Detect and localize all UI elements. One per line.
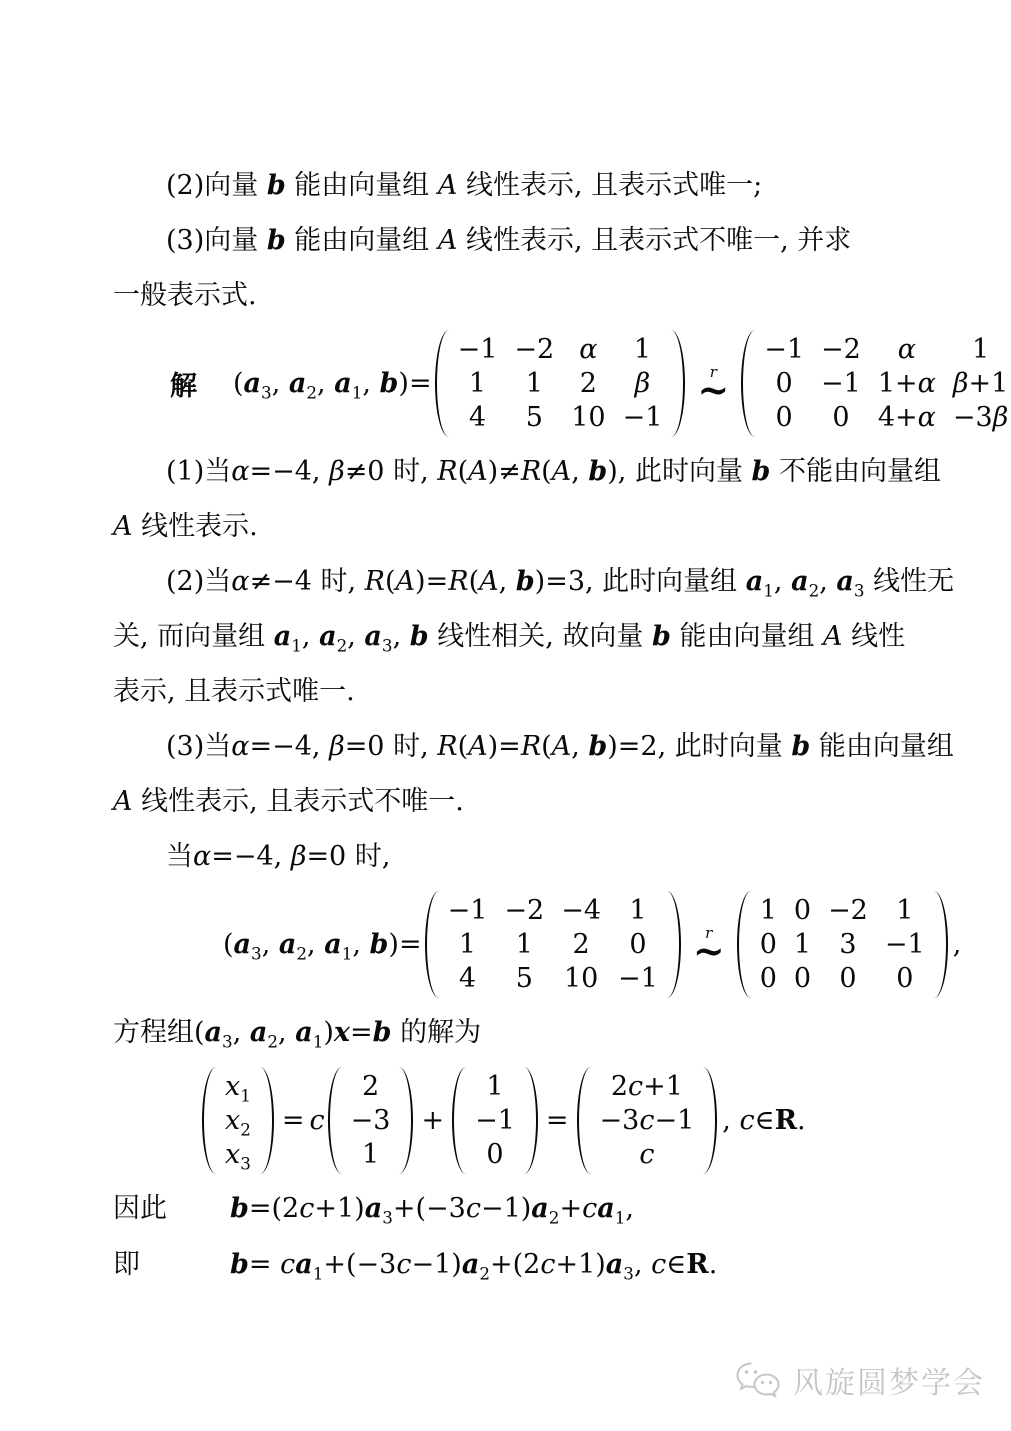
text-run: a: [205, 1017, 223, 1048]
matrix-cell: 1: [526, 367, 543, 400]
paragraph-case1-analysis: (1)当α=−4, β≠0 时, R(A)≠R(A, b), 此时向量 b 不能…: [113, 444, 913, 499]
text-run: A: [479, 566, 499, 597]
text-run: A: [438, 170, 458, 201]
matrix-cell: 5: [526, 401, 543, 434]
matrix-cell: 1: [794, 928, 811, 961]
text-run: A: [552, 731, 572, 762]
text-run: R: [437, 456, 457, 487]
matrix-cell: 2: [362, 1070, 379, 1103]
text-run: ,: [774, 566, 791, 597]
text-run: ,: [625, 1193, 634, 1224]
matrix-cell: 10: [571, 401, 605, 434]
text-run: 线性无: [865, 566, 955, 597]
text-run: ,: [233, 1017, 250, 1048]
text-run: b: [230, 1249, 249, 1280]
document-content: (2)向量 b 能由向量组 A 线性表示, 且表示式唯一; (3)向量 b 能由…: [113, 158, 913, 1293]
text-run: ,: [352, 929, 369, 960]
matrix-cell: −1: [821, 367, 861, 400]
text-run: ,: [499, 566, 516, 597]
matrix-cell: 1: [362, 1138, 379, 1171]
text-run: ,: [634, 1249, 651, 1280]
text-run: )=: [488, 731, 521, 762]
text-run: α: [231, 731, 249, 762]
text-run: a: [597, 1193, 615, 1224]
text-run: b: [373, 1017, 392, 1048]
matrix-cell: 0: [896, 962, 913, 995]
matrix-cell: 0: [760, 928, 777, 961]
paragraph-case1-analysis-cont: A 线性表示.: [113, 499, 913, 554]
matrix-reduced-2: 10−21013−10000: [737, 891, 948, 998]
text-run: (: [223, 929, 234, 960]
text-run: ,: [819, 566, 836, 597]
text-run: ,: [262, 929, 279, 960]
text-run: 1: [313, 1031, 324, 1051]
left-paren: [328, 1067, 342, 1174]
text-run: c: [540, 1249, 555, 1280]
paragraph-case3-analysis: (3)当α=−4, β=0 时, R(A)=R(A, b)=2, 此时向量 b …: [113, 719, 913, 774]
text-run: b: [230, 1193, 249, 1224]
text-run: ), 此时向量: [607, 456, 751, 487]
text-run: ,: [722, 1105, 739, 1136]
text-run: A: [468, 456, 488, 487]
matrix-cell: 1: [634, 333, 651, 366]
right-paren: [260, 1067, 274, 1174]
text-run: 2: [296, 943, 307, 963]
equation-lhs: (a3, a2, a1, b)=: [223, 929, 422, 960]
plus-sign: +: [421, 1105, 444, 1136]
left-paren: [741, 330, 755, 437]
text-run: )=: [398, 368, 431, 399]
text-run: 3: [261, 382, 272, 402]
text-run: 3: [382, 1207, 393, 1227]
text-run: )=: [388, 929, 421, 960]
text-run: b: [588, 731, 607, 762]
matrix-cell: 2: [580, 367, 597, 400]
text-run: 表示, 且表示式唯一.: [113, 676, 355, 707]
left-paren: [577, 1067, 591, 1174]
row-equivalence-symbol: r~: [693, 927, 725, 962]
text-run: ,: [272, 368, 289, 399]
text-run: 1: [291, 635, 302, 655]
text-run: A: [468, 731, 488, 762]
paragraph-substitution-condition: 当α=−4, β=0 时,: [113, 829, 913, 884]
text-run: +1): [555, 1249, 605, 1280]
text-run: a: [462, 1249, 480, 1280]
text-run: 线性表示, 且表示式不唯一.: [133, 786, 464, 817]
matrix-cell: −3c−1: [600, 1104, 695, 1137]
text-run: ,: [393, 621, 410, 652]
matrix-cell: −1: [623, 401, 663, 434]
text-run: a: [606, 1249, 624, 1280]
text-run: c: [466, 1193, 481, 1224]
matrix-cell: x2: [225, 1104, 251, 1137]
text-run: 一般表示式.: [113, 280, 257, 311]
paragraph-case3-analysis-cont: A 线性表示, 且表示式不唯一.: [113, 774, 913, 829]
left-paren: [202, 1067, 216, 1174]
text-run: 1: [313, 1263, 324, 1283]
text-run: β: [329, 731, 345, 762]
matrix-cell: −1: [448, 894, 488, 927]
matrix-cell: 0: [776, 401, 793, 434]
text-run: a: [319, 621, 337, 652]
text-run: b: [516, 566, 535, 597]
free-parameter-c: c: [310, 1105, 325, 1136]
text-run: (: [385, 566, 396, 597]
text-run: a: [250, 1017, 268, 1048]
text-run: 2: [306, 382, 317, 402]
matrix-cell: −1: [618, 962, 658, 995]
text-run: b: [410, 621, 429, 652]
paragraph-case3-intro: (3)向量 b 能由向量组 A 线性表示, 且表示式不唯一, 并求: [113, 213, 913, 268]
text-run: b: [267, 225, 286, 256]
row-equivalence-symbol: r~: [697, 366, 729, 401]
text-run: ,: [278, 1017, 295, 1048]
matrix-original-1: −1−2α1112β4510−1: [435, 330, 686, 437]
text-run: 线性表示, 且表示式不唯一, 并求: [457, 225, 851, 256]
text-run: b: [370, 929, 389, 960]
matrix-cell: −3: [351, 1104, 391, 1137]
matrix-cell: 1: [469, 367, 486, 400]
text-run: 3: [623, 1263, 634, 1283]
paragraph-case2-analysis: (2)当α≠−4 时, R(A)=R(A, b)=3, 此时向量组 a1, a2…: [113, 554, 913, 609]
text-run: c: [280, 1249, 295, 1280]
restatement-label: 即: [113, 1237, 230, 1293]
text-run: =: [249, 1249, 280, 1280]
text-run: ,: [362, 368, 379, 399]
text-run: ): [323, 1017, 334, 1048]
text-run: 不能由向量组: [770, 456, 941, 487]
text-run: b: [791, 731, 810, 762]
text-run: A: [552, 456, 572, 487]
text-run: β: [291, 841, 307, 872]
paragraph-case2-analysis-cont2: 表示, 且表示式唯一.: [113, 664, 913, 719]
text-run: +1): [314, 1193, 364, 1224]
matrix-cell: −2: [828, 894, 868, 927]
text-run: .: [797, 1105, 806, 1136]
matrix-cell: 1: [896, 894, 913, 927]
text-run: .: [709, 1249, 718, 1280]
conclusion-formula: b=(2c+1)a3+(−3c−1)a2+ca1,: [230, 1181, 634, 1237]
text-run: c: [396, 1249, 411, 1280]
text-run: (: [541, 731, 552, 762]
matrix-cell: β+1: [953, 367, 1008, 400]
text-run: A: [396, 566, 416, 597]
text-run: R: [686, 1249, 708, 1280]
matrix-cell: 0: [760, 962, 777, 995]
text-run: (3)向量: [166, 225, 267, 256]
text-run: )≠: [488, 456, 521, 487]
text-run: 2: [809, 580, 820, 600]
vector-basis: 2−31: [328, 1067, 414, 1174]
text-run: c: [299, 1193, 314, 1224]
watermark: 风旋圆梦学会: [735, 1358, 985, 1402]
matrix-cell: −2: [504, 894, 544, 927]
left-paren: [425, 891, 439, 998]
text-run: ,: [317, 368, 334, 399]
matrix-cell: 2: [573, 928, 590, 961]
right-paren: [399, 1067, 413, 1174]
restatement: 即 b= ca1+(−3c−1)a2+(2c+1)a3, c∈R.: [113, 1237, 913, 1293]
vector-particular: 1−10: [452, 1067, 538, 1174]
text-run: =0 时,: [306, 841, 390, 872]
document-page: (2)向量 b 能由向量组 A 线性表示, 且表示式唯一; (3)向量 b 能由…: [0, 0, 1011, 1431]
text-run: a: [295, 1249, 313, 1280]
text-run: ,: [307, 929, 324, 960]
text-run: +(2: [490, 1249, 540, 1280]
matrix-cell: −1: [475, 1104, 515, 1137]
text-run: 1: [763, 580, 774, 600]
text-run: 方程组(: [113, 1017, 205, 1048]
text-run: a: [295, 1017, 313, 1048]
text-run: ∈: [666, 1249, 686, 1280]
solution-label: 解: [170, 364, 197, 403]
text-run: 的解为: [392, 1017, 482, 1048]
text-run: 2: [479, 1263, 490, 1283]
text-run: a: [836, 566, 854, 597]
text-run: 能由向量组: [810, 731, 954, 762]
text-run: 当: [166, 841, 193, 872]
text-run: =−4,: [211, 841, 291, 872]
text-run: b: [752, 456, 771, 487]
text-run: R: [365, 566, 385, 597]
text-run: =0 时,: [345, 731, 438, 762]
equation-punctuation: ,: [953, 929, 962, 960]
text-run: a: [364, 621, 382, 652]
paragraph-system-solution-intro: 方程组(a3, a2, a1)x=b 的解为: [113, 1005, 913, 1060]
text-run: a: [746, 566, 764, 597]
text-run: R: [448, 566, 468, 597]
text-run: 关, 而向量组: [113, 621, 274, 652]
matrix-reduced-1: −1−2α10−11+αβ+1004+α−3β: [741, 330, 1011, 437]
matrix-cell: 1+α: [878, 367, 936, 400]
text-run: )=: [415, 566, 448, 597]
text-run: 线性表示.: [133, 511, 258, 542]
text-run: 线性: [843, 621, 906, 652]
equation-row-reduction-2: (a3, a2, a1, b)= −1−2−4111204510−1 r~ 10…: [113, 891, 913, 998]
text-run: ≠−4 时,: [249, 566, 364, 597]
left-paren: [737, 891, 751, 998]
text-run: R: [437, 731, 457, 762]
matrix-original-2: −1−2−4111204510−1: [425, 891, 681, 998]
text-run: (1)当: [166, 456, 231, 487]
matrix-cell: 0: [832, 401, 849, 434]
matrix-cell: α: [579, 333, 597, 366]
conclusion-statement: 因此 b=(2c+1)a3+(−3c−1)a2+ca1,: [113, 1181, 913, 1237]
text-run: −1): [481, 1193, 531, 1224]
matrix-cell: 1: [629, 894, 646, 927]
text-run: α: [231, 566, 249, 597]
watermark-text: 风旋圆梦学会: [793, 1358, 985, 1402]
matrix-cell: x3: [225, 1138, 251, 1171]
equation-general-solution: x1x2x3 = c 2−31 + 1−10 = 2c+1−3c−1c , c∈…: [113, 1067, 913, 1174]
text-run: 3: [222, 1031, 233, 1051]
left-paren: [435, 330, 449, 437]
equals-sign: =: [546, 1105, 569, 1136]
text-run: =−4,: [249, 731, 329, 762]
vector-x: x1x2x3: [202, 1067, 274, 1174]
matrix-cell: −3β: [953, 401, 1008, 434]
text-run: a: [244, 368, 262, 399]
text-run: 2: [337, 635, 348, 655]
left-paren: [452, 1067, 466, 1174]
text-run: 2: [549, 1207, 560, 1227]
text-run: (: [458, 456, 469, 487]
text-run: b: [652, 621, 671, 652]
text-run: c: [582, 1193, 597, 1224]
text-run: )=3, 此时向量组: [535, 566, 746, 597]
text-run: a: [365, 1193, 383, 1224]
text-run: 3: [854, 580, 865, 600]
text-run: (3)当: [166, 731, 231, 762]
equation-row-reduction-1: 解 (a3, a2, a1, b)= −1−2α1112β4510−1 r~ −…: [113, 330, 913, 437]
matrix-cell: 0: [794, 894, 811, 927]
matrix-cell: 2c+1: [611, 1070, 683, 1103]
matrix-cell: 0: [839, 962, 856, 995]
matrix-cell: 0: [486, 1138, 503, 1171]
text-run: A: [823, 621, 843, 652]
text-run: ,: [302, 621, 319, 652]
matrix-cell: 10: [564, 962, 598, 995]
text-run: α: [193, 841, 211, 872]
text-run: ,: [571, 456, 588, 487]
text-run: )=2, 此时向量: [607, 731, 791, 762]
wechat-icon: [735, 1361, 783, 1399]
matrix-cell: 1: [972, 333, 989, 366]
text-run: β: [329, 456, 345, 487]
text-run: (: [458, 731, 469, 762]
matrix-cell: β: [635, 367, 651, 400]
text-run: 线性表示, 且表示式唯一;: [457, 170, 762, 201]
text-run: (2)当: [166, 566, 231, 597]
matrix-cell: 1: [760, 894, 777, 927]
text-run: c: [651, 1249, 666, 1280]
text-run: b: [380, 368, 399, 399]
text-run: R: [521, 731, 541, 762]
text-run: +: [559, 1193, 582, 1224]
text-run: 能由向量组: [671, 621, 823, 652]
paragraph-case2-analysis-cont1: 关, 而向量组 a1, a2, a3, b 线性相关, 故向量 b 能由向量组 …: [113, 609, 913, 664]
text-run: a: [334, 368, 352, 399]
text-run: b: [267, 170, 286, 201]
conclusion-label: 因此: [113, 1181, 230, 1237]
right-paren: [667, 891, 681, 998]
text-run: 能由向量组: [286, 170, 438, 201]
text-run: =(2: [249, 1193, 299, 1224]
text-run: a: [234, 929, 252, 960]
text-run: α: [231, 456, 249, 487]
text-run: A: [113, 786, 133, 817]
matrix-cell: −2: [514, 333, 554, 366]
text-run: 1: [342, 943, 353, 963]
text-run: (: [541, 456, 552, 487]
matrix-cell: 4: [469, 401, 486, 434]
text-run: (2)向量: [166, 170, 267, 201]
text-run: 2: [267, 1031, 278, 1051]
text-run: ≠0 时,: [345, 456, 438, 487]
matrix-cell: −1: [885, 928, 925, 961]
text-run: 能由向量组: [286, 225, 438, 256]
text-run: R: [775, 1105, 797, 1136]
text-run: +(−3: [323, 1249, 396, 1280]
right-paren: [671, 330, 685, 437]
text-run: x: [334, 1017, 350, 1048]
text-run: a: [791, 566, 809, 597]
text-run: (: [469, 566, 480, 597]
text-run: A: [438, 225, 458, 256]
equation-condition: , c∈R.: [722, 1105, 805, 1136]
matrix-cell: −1: [458, 333, 498, 366]
matrix-cell: 0: [794, 962, 811, 995]
text-run: a: [274, 621, 292, 652]
paragraph-case2-intro: (2)向量 b 能由向量组 A 线性表示, 且表示式唯一;: [113, 158, 913, 213]
text-run: =−4,: [249, 456, 329, 487]
matrix-cell: 4+α: [878, 401, 936, 434]
matrix-cell: −2: [821, 333, 861, 366]
paragraph-case3-intro-cont: 一般表示式.: [113, 268, 913, 323]
matrix-cell: 3: [839, 928, 856, 961]
matrix-cell: c: [639, 1138, 654, 1171]
text-run: 1: [352, 382, 363, 402]
text-run: ∈: [755, 1105, 775, 1136]
matrix-cell: −1: [764, 333, 804, 366]
text-run: ,: [347, 621, 364, 652]
text-run: =: [350, 1017, 373, 1048]
matrix-cell: 0: [629, 928, 646, 961]
matrix-cell: 4: [459, 962, 476, 995]
text-run: b: [588, 456, 607, 487]
matrix-cell: 0: [776, 367, 793, 400]
text-run: 3: [382, 635, 393, 655]
matrix-cell: α: [898, 333, 916, 366]
text-run: R: [521, 456, 541, 487]
equals-sign: =: [282, 1105, 305, 1136]
matrix-cell: x1: [225, 1070, 251, 1103]
restatement-formula: b= ca1+(−3c−1)a2+(2c+1)a3, c∈R.: [230, 1237, 717, 1293]
text-run: A: [113, 511, 133, 542]
right-paren: [524, 1067, 538, 1174]
text-run: 3: [251, 943, 262, 963]
text-run: 线性相关, 故向量: [429, 621, 652, 652]
matrix-cell: 1: [516, 928, 533, 961]
text-run: −1): [411, 1249, 461, 1280]
right-paren: [934, 891, 948, 998]
text-run: a: [531, 1193, 549, 1224]
vector-result: 2c+1−3c−1c: [577, 1067, 718, 1174]
matrix-cell: 5: [516, 962, 533, 995]
matrix-cell: −4: [561, 894, 601, 927]
text-run: ,: [571, 731, 588, 762]
text-run: 1: [615, 1207, 626, 1227]
right-paren: [703, 1067, 717, 1174]
text-run: a: [324, 929, 342, 960]
equation-lhs: (a3, a2, a1, b)=: [233, 368, 432, 399]
text-run: a: [279, 929, 297, 960]
matrix-cell: 1: [486, 1070, 503, 1103]
text-run: +(−3: [393, 1193, 466, 1224]
text-run: a: [289, 368, 307, 399]
text-run: c: [739, 1105, 754, 1136]
text-run: (: [233, 368, 244, 399]
matrix-cell: 1: [459, 928, 476, 961]
